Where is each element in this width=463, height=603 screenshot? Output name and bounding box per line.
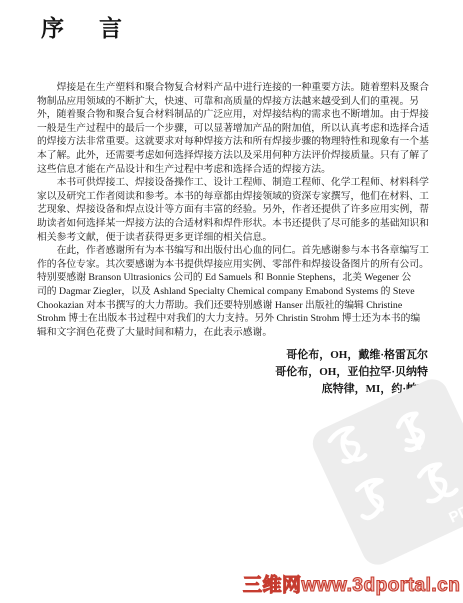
text-line: 辑和文字润色花费了大量时间和精力，在此表示感谢。 bbox=[37, 326, 433, 340]
seal-glyph-icon bbox=[394, 412, 430, 453]
text-line: 一般是生产过程中的最后一个步骤，可以显著增加产品的附加值，所以认真考虑和选择合适 bbox=[37, 122, 433, 136]
seal-glyphs-graphic: PDG bbox=[308, 374, 463, 570]
text-line: 哥伦布，OH，亚伯拉罕·贝纳特 bbox=[275, 364, 428, 381]
text-line: 焊接是在生产塑料和聚合物复合材料产品中进行连接的一种重要方法。随着塑料及聚合 bbox=[37, 81, 433, 95]
text-line: 作的各位专家。其次要感谢为本书提供焊接应用实例、零部件和焊接设备图片的所有公司。 bbox=[37, 258, 433, 272]
pdg-seal-watermark: PDG bbox=[308, 374, 463, 570]
text-line: 的焊接方法非常重要。这就要求对每种焊接方法和所有焊接步骤的物理特性和现象有一个基 bbox=[37, 135, 433, 149]
text-line: Strohm 博士在出版本书过程中对我们的大力支持。另外 Christin St… bbox=[37, 312, 433, 326]
text-line: 特别要感谢 Branson Ultrasionics 公司的 Ed Samuel… bbox=[37, 271, 433, 285]
paragraph-audience: 本书可供焊接工、焊接设备操作工、设计工程师、制造工程师、化学工程师、材料科学家以… bbox=[37, 176, 433, 244]
pdg-label: PDG bbox=[446, 497, 463, 526]
seal-glyph-icon bbox=[351, 477, 394, 521]
seal-glyph-icon bbox=[415, 460, 457, 504]
site-watermark-banner: 三维网www.3dportal.cn bbox=[243, 570, 460, 597]
scanned-book-page: 序 言 焊接是在生产塑料和聚合物复合材料产品中进行连接的一种重要方法。随着塑料及… bbox=[0, 0, 463, 603]
text-line: 本了解。此外，还需要考虑如何选择焊接方法以及采用何种方法评价焊接质量。只有了解了 bbox=[37, 149, 433, 163]
seal-glyph-icon bbox=[328, 426, 366, 468]
text-line: 这些信息才能在产品设计和生产过程中考虑和选择合适的焊接方法。 bbox=[37, 163, 433, 177]
paragraph-intro: 焊接是在生产塑料和聚合物复合材料产品中进行连接的一种重要方法。随着塑料及聚合物制… bbox=[37, 81, 433, 176]
page-title: 序 言 bbox=[41, 10, 128, 43]
text-line: 物制品应用领域的不断扩大，快速、可靠和高质量的焊接方法越来越受到人们的重视。另 bbox=[37, 95, 433, 109]
text-line: 家以及研究工作者阅读和参考。本书的每章都由焊接领域的资深专家撰写，他们在材料、工 bbox=[37, 190, 433, 204]
preface-body: 焊接是在生产塑料和聚合物复合材料产品中进行连接的一种重要方法。随着塑料及聚合物制… bbox=[37, 81, 433, 339]
text-line: 助读者如何选择某一焊接方法的合适材料和焊件形状。本书还提供了尽可能多的基础知识和 bbox=[37, 217, 433, 231]
text-line: Chookazian 对本书撰写的大力帮助。我们还要特别感谢 Hanser 出版… bbox=[37, 299, 433, 313]
text-line: 在此，作者感谢所有为本书编写和出版付出心血的同仁。首先感谢参与本书各章编写工 bbox=[37, 244, 433, 258]
paragraph-acknowledgements: 在此，作者感谢所有为本书编写和出版付出心血的同仁。首先感谢参与本书各章编写工作的… bbox=[37, 244, 433, 339]
text-line: 相关参考文献，便于读者获得更多更详细的相关信息。 bbox=[37, 231, 433, 245]
text-line: 外，随着聚合物和聚合复合材料制品的广泛应用，对焊接结构的需求也不断增加。由于焊接 bbox=[37, 108, 433, 122]
text-line: 司的 Dagmar Ziegler，以及 Ashland Specialty C… bbox=[37, 285, 433, 299]
text-line: 艺现象、焊接设备和焊点设计等方面有丰富的经验。另外，作者还提供了许多应用实例，帮 bbox=[37, 203, 433, 217]
text-line: 本书可供焊接工、焊接设备操作工、设计工程师、制造工程师、化学工程师、材料科学 bbox=[37, 176, 433, 190]
text-line: 哥伦布，OH，戴维·格雷瓦尔 bbox=[275, 347, 428, 364]
